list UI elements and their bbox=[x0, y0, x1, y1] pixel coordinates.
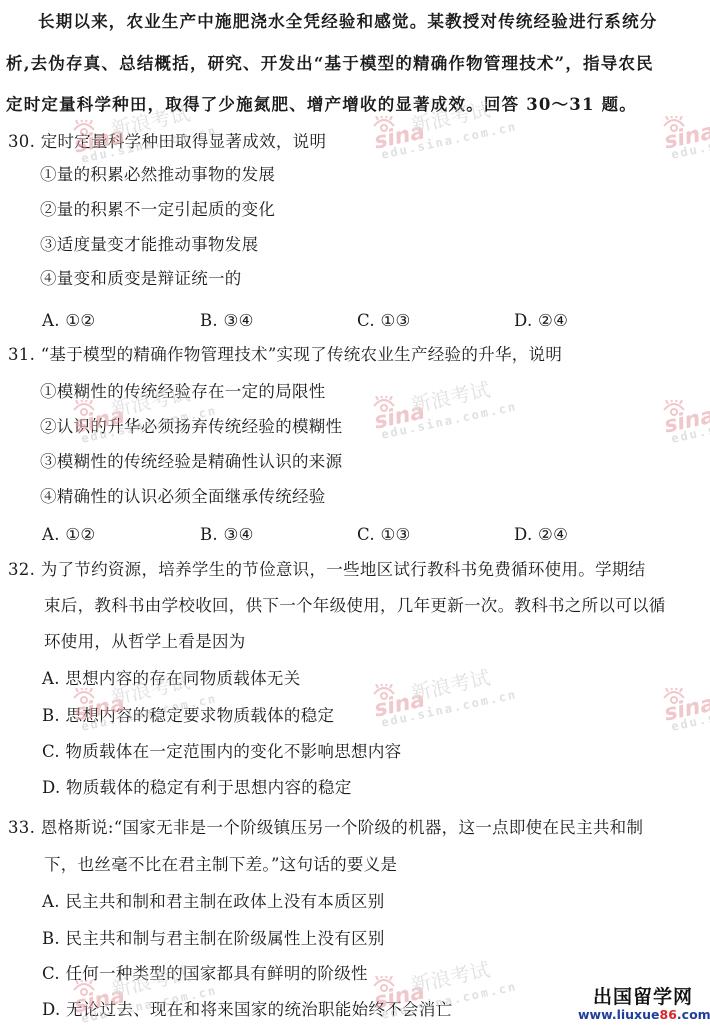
sina-eye-icon bbox=[370, 116, 398, 136]
option-d: D. 物质载体的稳定有利于思想内容的稳定 bbox=[42, 778, 352, 798]
sina-eye-icon bbox=[660, 400, 688, 420]
sina-eye-icon bbox=[660, 688, 688, 708]
question-33-stem-line-2: 下，也丝毫不比在君主制下差。”这句话的要义是 bbox=[44, 855, 397, 875]
sina-eye-icon bbox=[70, 688, 98, 708]
option-d: D. ②④ bbox=[514, 311, 568, 331]
option-d: D. ②④ bbox=[514, 525, 568, 545]
option-c: C. 任何一种类型的国家都具有鲜明的阶级性 bbox=[42, 964, 368, 984]
option-a: A. 思想内容的存在同物质载体无关 bbox=[42, 669, 301, 689]
option-c: C. ①③ bbox=[357, 311, 411, 331]
intro-line-2: 析,去伪存真、总结概括，研究、开发出“基于模型的精确作物管理技术”，指导农民 bbox=[6, 54, 654, 74]
sina-eye-icon bbox=[660, 116, 688, 136]
question-number: 32. bbox=[8, 560, 35, 580]
question-33-stem: 33. 恩格斯说:“国家无非是一个阶级镇压另一个阶级的机器，这一点即使在民主共和… bbox=[8, 818, 643, 838]
question-32-stem-line-2: 束后，教科书由学校收回，供下一个年级使用，几年更新一次。教科书之所以可以循 bbox=[44, 596, 666, 616]
statement: ①量的积累必然推动事物的发展 bbox=[40, 165, 275, 185]
logo-title: 出国留学网 bbox=[578, 986, 708, 1008]
exam-page: 长期以来，农业生产中施肥浇水全凭经验和感觉。某教授对传统经验进行系统分 析,去伪… bbox=[0, 0, 710, 1029]
option-b: B. ③④ bbox=[200, 311, 254, 331]
statement: ②量的积累不一定引起质的变化 bbox=[40, 200, 275, 220]
question-30-stem: 30. 定时定量科学种田取得显著成效，说明 bbox=[8, 132, 326, 152]
statement: ④精确性的认识必须全面继承传统经验 bbox=[40, 487, 326, 507]
option-d: D. 无论过去、现在和将来国家的统治职能始终不会消亡 bbox=[42, 1000, 452, 1020]
question-text: 恩格斯说:“国家无非是一个阶级镇压另一个阶级的机器，这一点即使在民主共和制 bbox=[41, 818, 644, 837]
statement: ④量变和质变是辩证统一的 bbox=[40, 269, 242, 289]
question-number: 30. bbox=[8, 132, 35, 152]
question-number: 31. bbox=[8, 345, 35, 365]
question-32-stem-line-3: 环使用，从哲学上看是因为 bbox=[44, 632, 246, 652]
statement: ①模糊性的传统经验存在一定的局限性 bbox=[40, 382, 326, 402]
statement: ③模糊性的传统经验是精确性认识的来源 bbox=[40, 452, 342, 472]
logo-site-url[interactable]: www.liuxue86.com bbox=[578, 1008, 708, 1022]
statement: ③适度量变才能推动事物发展 bbox=[40, 235, 258, 255]
statement: ②认识的升华必须扬弃传统经验的模糊性 bbox=[40, 417, 342, 437]
question-number: 33. bbox=[8, 818, 35, 838]
intro-line-1: 长期以来，农业生产中施肥浇水全凭经验和感觉。某教授对传统经验进行系统分 bbox=[38, 12, 658, 32]
option-a: A. 民主共和制和君主制在政体上没有本质区别 bbox=[42, 892, 385, 912]
question-text: 为了节约资源，培养学生的节俭意识，一些地区试行教科书免费循环使用。学期结 bbox=[41, 560, 646, 579]
intro-line-3: 定时定量科学种田，取得了少施氮肥、增产增收的显著成效。回答 30～31 题。 bbox=[6, 95, 637, 115]
option-b: B. 思想内容的稳定要求物质载体的稳定 bbox=[42, 706, 334, 726]
option-b: B. 民主共和制与君主制在阶级属性上没有区别 bbox=[42, 929, 385, 949]
question-31-stem: 31. “基于模型的精确作物管理技术”实现了传统农业生产经验的升华，说明 bbox=[8, 345, 562, 365]
option-c: C. ①③ bbox=[357, 525, 411, 545]
liuxue86-logo[interactable]: 出国留学网 www.liuxue86.com bbox=[578, 986, 708, 1022]
option-a: A. ①② bbox=[42, 525, 96, 545]
option-a: A. ①② bbox=[42, 311, 96, 331]
option-c: C. 物质载体在一定范围内的变化不影响思想内容 bbox=[42, 742, 401, 762]
question-text: “基于模型的精确作物管理技术”实现了传统农业生产经验的升华，说明 bbox=[41, 345, 562, 364]
option-b: B. ③④ bbox=[200, 525, 254, 545]
question-text: 定时定量科学种田取得显著成效，说明 bbox=[41, 132, 327, 151]
sina-eye-icon bbox=[370, 684, 398, 704]
sina-eye-icon bbox=[370, 396, 398, 416]
sina-eye-icon bbox=[370, 976, 398, 996]
question-32-stem: 32. 为了节约资源，培养学生的节俭意识，一些地区试行教科书免费循环使用。学期结 bbox=[8, 560, 646, 580]
